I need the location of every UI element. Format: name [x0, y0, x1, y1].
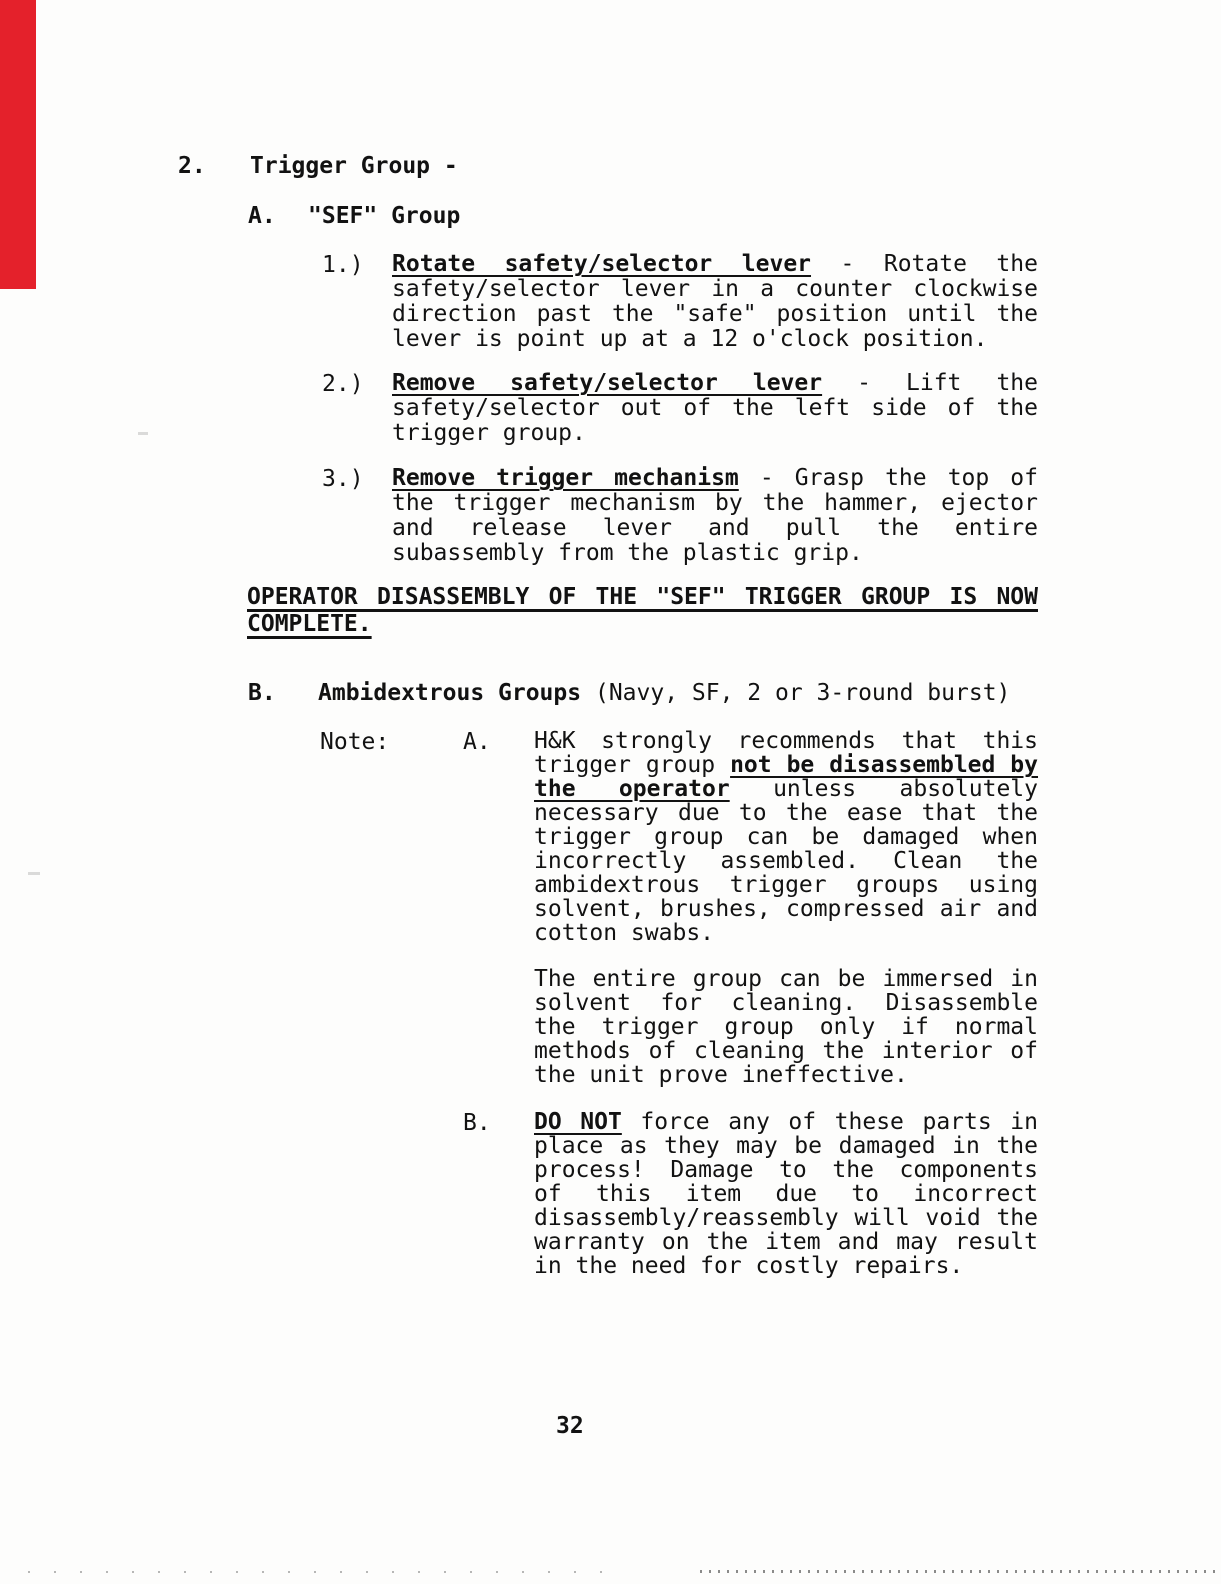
note-line-emphasis: DO NOT [534, 1109, 622, 1135]
step-line: and release lever and pull the entire [392, 516, 1038, 541]
group-b-title: Ambidextrous Groups (Navy, SF, 2 or 3-ro… [318, 680, 1010, 706]
note-line: solvent for cleaning. Disassemble [534, 991, 1038, 1015]
group-a-title: "SEF" Group [308, 203, 460, 229]
note-line: solvent, brushes, compressed air and [534, 897, 1038, 921]
scan-artifact-line [28, 1571, 618, 1573]
note-line: necessary due to the ease that the [534, 801, 1038, 825]
note-line: H&K strongly recommends that this [534, 729, 1038, 753]
note-line-plain: unless absolutely [773, 776, 1038, 802]
note-line: the unit prove ineffective. [534, 1063, 1038, 1087]
step-line: Rotate safety/selector lever - Rotate th… [392, 252, 1038, 277]
scan-speck [28, 872, 40, 875]
step-line-rest: - Rotate the [841, 251, 1038, 277]
note-line-emphasis: the operator [534, 776, 730, 802]
note-line: of this item due to incorrect [534, 1182, 1038, 1206]
step-line: Remove trigger mechanism - Grasp the top… [392, 466, 1038, 491]
note-label: Note: [320, 729, 389, 755]
step-body: Remove safety/selector lever - Lift the … [392, 371, 1038, 446]
step-line: Remove safety/selector lever - Lift the [392, 371, 1038, 396]
step-line: safety/selector out of the left side of … [392, 396, 1038, 421]
notice-line: COMPLETE. [247, 611, 1038, 638]
note-line: warranty on the item and may result [534, 1230, 1038, 1254]
group-b-letter: B. [248, 680, 276, 706]
step-number: 3.) [322, 466, 364, 492]
step-body: Remove trigger mechanism - Grasp the top… [392, 466, 1038, 566]
section-number: 2. [178, 153, 206, 179]
page-number: 32 [556, 1413, 584, 1439]
note-a-letter: A. [463, 729, 491, 755]
section-title: Trigger Group - [250, 153, 458, 179]
step-line: subassembly from the plastic grip. [392, 541, 1038, 566]
step-line: safety/selector lever in a counter clock… [392, 277, 1038, 302]
note-line: place as they may be damaged in the [534, 1134, 1038, 1158]
step-lead: Rotate safety/selector lever [392, 251, 811, 277]
scan-speck [138, 432, 148, 435]
step-line: lever is point up at a 12 o'clock positi… [392, 327, 1038, 352]
note-a-paragraph-2: The entire group can be immersed in solv… [534, 967, 1038, 1087]
step-lead: Remove trigger mechanism [392, 465, 739, 491]
group-a-letter: A. [248, 203, 276, 229]
note-line-emphasis: not be disassembled by [730, 752, 1038, 778]
step-number: 2.) [322, 371, 364, 397]
note-line: the operator unless absolutely [534, 777, 1038, 801]
note-a-paragraph-1: H&K strongly recommends that this trigge… [534, 729, 1038, 945]
red-margin-bar [0, 0, 36, 289]
note-line: trigger group can be damaged when [534, 825, 1038, 849]
note-b-letter: B. [463, 1110, 491, 1136]
note-line: disassembly/reassembly will void the [534, 1206, 1038, 1230]
note-line: process! Damage to the components [534, 1158, 1038, 1182]
note-line: cotton swabs. [534, 921, 1038, 945]
completion-notice: OPERATOR DISASSEMBLY OF THE "SEF" TRIGGE… [247, 584, 1038, 638]
step-lead: Remove safety/selector lever [392, 370, 822, 396]
step-line-rest: - Grasp the top of [760, 465, 1038, 491]
step-line-rest: - Lift the [857, 370, 1038, 396]
scan-artifact-line [700, 1570, 1215, 1573]
notice-line: OPERATOR DISASSEMBLY OF THE "SEF" TRIGGE… [247, 584, 1038, 611]
note-line-plain: trigger group [534, 752, 715, 778]
group-b-title-bold: Ambidextrous Groups [318, 680, 581, 706]
note-line-plain: force any of these parts in [640, 1109, 1038, 1135]
step-number: 1.) [322, 252, 364, 278]
note-line: in the need for costly repairs. [534, 1254, 1038, 1278]
note-line: the trigger group only if normal [534, 1015, 1038, 1039]
note-line: The entire group can be immersed in [534, 967, 1038, 991]
note-line: trigger group not be disassembled by [534, 753, 1038, 777]
note-line: DO NOT force any of these parts in [534, 1110, 1038, 1134]
note-line: ambidextrous trigger groups using [534, 873, 1038, 897]
step-line: direction past the "safe" position until… [392, 302, 1038, 327]
manual-page: 2. Trigger Group - A. "SEF" Group 1.) Ro… [0, 0, 1221, 1584]
group-b-title-rest: (Navy, SF, 2 or 3-round burst) [595, 680, 1010, 706]
note-line: incorrectly assembled. Clean the [534, 849, 1038, 873]
note-line: methods of cleaning the interior of [534, 1039, 1038, 1063]
step-line: trigger group. [392, 421, 1038, 446]
step-line: the trigger mechanism by the hammer, eje… [392, 491, 1038, 516]
step-body: Rotate safety/selector lever - Rotate th… [392, 252, 1038, 352]
note-b-paragraph: DO NOT force any of these parts in place… [534, 1110, 1038, 1278]
